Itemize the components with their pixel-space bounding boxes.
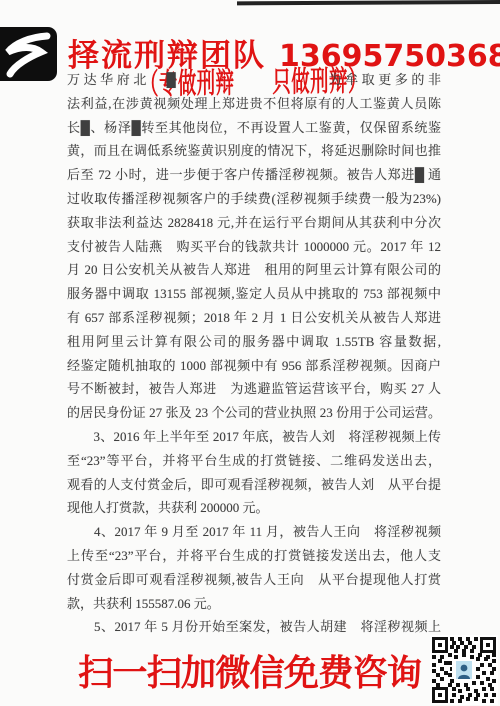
doc-line: 有 657 部系淫秽视频；2018 年 2 月 1 日公安机关从被告人郑进 (67, 306, 441, 330)
doc-line: 现他人打赏款，共获利 200000 元。 (67, 496, 441, 520)
doc-line: 3、2016 年上半年至 2017 年底，被告人刘 将淫秽视频上传 (67, 425, 441, 449)
doc-line: 万达华府北 █ 为牟取更多的非 (67, 68, 441, 92)
doc-line: 4、2017 年 9 月至 2017 年 11 月，被告人王向 将淫秽视频 (67, 520, 441, 544)
doc-line: 经鉴定随机抽取的 1000 部视频中有 956 部系淫秽视频。因商户 (67, 354, 441, 378)
logo-svg (0, 27, 58, 82)
qr-svg (430, 635, 498, 705)
doc-line: 支付被告人陆燕 购买平台的钱款共计 1000000 元。2017 年 12 (67, 235, 441, 259)
wechat-qr-code-icon (430, 635, 498, 705)
watermark-wechat-cta: 扫一扫加微信免费咨询 (78, 645, 421, 696)
doc-line: 长█、杨泽█转至其他岗位，不再设置人工鉴黄，仅保留系统鉴 (67, 116, 441, 140)
doc-line: 款，共获利 155587.06 元。 (67, 592, 441, 616)
doc-line: 法利益,在涉黄视频处理上郑进贵不但将原有的人工鉴黄人员陈 (67, 92, 441, 116)
scan-edge-artifact (237, 0, 500, 5)
doc-line: 租用阿里云计算有限公司的服务器中调取 1.55TB 容量数据, (67, 330, 441, 354)
scanned-legal-document-page: 择流刑辩团队 13695750368 （专做刑辩 只做刑辩） 万达华府北 █ 为… (0, 0, 500, 706)
doc-line: 5、2017 年 5 月份开始至案发，被告人胡建 将淫秽视频上 (67, 615, 441, 639)
doc-line: 服务器中调取 13155 部视频,鉴定人员从中挑取的 753 部视频中 (67, 282, 441, 306)
document-body: 万达华府北 █ 为牟取更多的非 法利益,在涉黄视频处理上郑进贵不但将原有的人工鉴… (67, 68, 441, 639)
doc-line: 黄，而且在调低系统鉴黄识别度的情况下，将延迟删除时间也推 (67, 139, 441, 163)
doc-line: 至“23”等平台，并将平台生成的打赏链接、二维码发送出去， (67, 449, 441, 473)
doc-line: 的居民身份证 27 张及 23 个公司的营业执照 23 份用于公司运营。 (67, 401, 441, 425)
doc-line: 月 20 日公安机关从被告人郑进 租用的阿里云计算有限公司的 (67, 258, 441, 282)
doc-line: 观看的人支付赏金后，即可观看淫秽视频，被告人刘 从平台提 (67, 473, 441, 497)
doc-line: 上传至“23”平台，并将平台生成的打赏链接发送出去，他人支 (67, 544, 441, 568)
zeliu-swoosh-logo-icon (0, 27, 58, 82)
doc-line: 过收取传播淫秽视频客户的手续费(淫秽视频手续费一般为23%) (67, 187, 441, 211)
doc-line: 付赏金后即可观看淫秽视频,被告人王向 从平台提现他人打赏 (67, 568, 441, 592)
doc-line: 号不断被封，被告人郑进 为逃避监管运营该平台，购买 27 人 (67, 377, 441, 401)
doc-line: 获取非法利益达 2828418 元,并在运行平台期间从其获利中分次 (67, 211, 441, 235)
qr-avatar (454, 659, 474, 681)
doc-line: 后至 72 小时，进一步便于客户传播淫秽视频。被告人郑进█ 通 (67, 163, 441, 187)
